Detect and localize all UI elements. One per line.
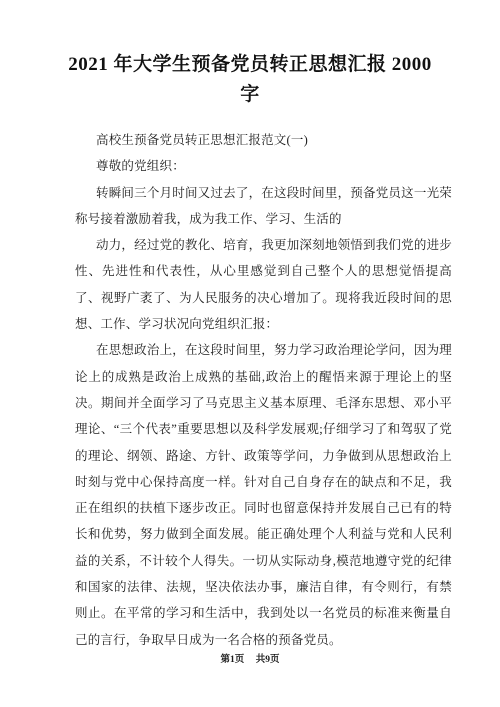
document-body: 高校生预备党员转正思想汇报范文(一) 尊敬的党组织： 转瞬间三个月时间又过去了，…: [75, 127, 452, 653]
document-title: 2021 年大学生预备党员转正思想汇报 2000 字: [48, 50, 452, 110]
paragraph-motivation: 动力，经过党的教化、培育，我更加深刻地领悟到我们党的进步性、先进性和代表性，从心…: [75, 232, 452, 337]
paragraph-political-study: 在思想政治上，在这段时间里，努力学习政治理论学问，因为理论上的成熟是政治上成熟的…: [75, 337, 452, 653]
page-number-label: 第1页: [221, 655, 245, 665]
page-total-label: 共9页: [256, 655, 280, 665]
paragraph-salutation: 尊敬的党组织：: [75, 153, 452, 179]
paragraph-intro: 转瞬间三个月时间又过去了，在这段时间里，预备党员这一光荣称号接着激励着我，成为我…: [75, 180, 452, 233]
page-footer: 第1页 共9页: [0, 651, 500, 665]
document-page: 2021 年大学生预备党员转正思想汇报 2000 字 高校生预备党员转正思想汇报…: [0, 0, 500, 707]
paragraph-subtitle: 高校生预备党员转正思想汇报范文(一): [75, 127, 452, 153]
